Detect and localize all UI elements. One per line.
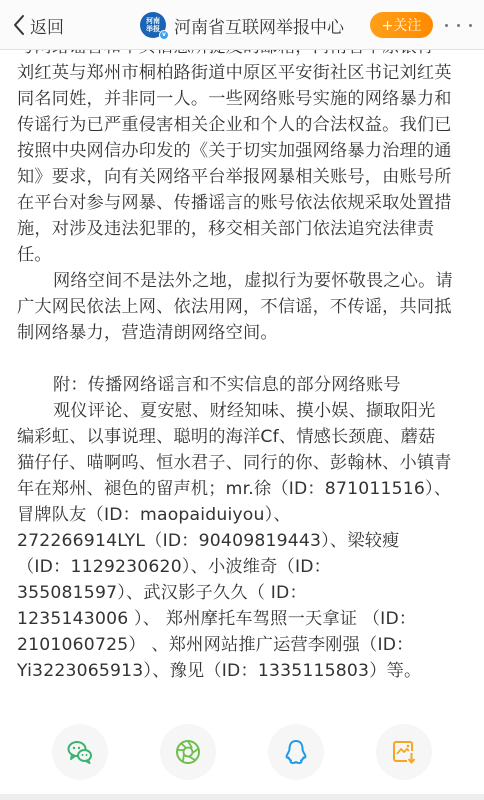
text-line: 传谣行为已严重侵害相关企业和个人的合法权益。我们已 xyxy=(17,112,472,138)
text-line: 制网络暴力，营造清朗网络空间。 xyxy=(17,320,472,346)
text-line: 观仪评论、夏安慰、财经知味、摸小娱、撷取阳光 xyxy=(17,398,472,424)
qq-icon xyxy=(282,738,310,766)
text-line: （ID：1129230620）、小波维奇（ID： xyxy=(17,554,472,580)
text-line: 在平台对参与网暴、传播谣言的账号依法依规采取处置措 xyxy=(17,190,472,216)
more-options-button[interactable] xyxy=(440,16,476,34)
share-qq-button[interactable] xyxy=(268,724,324,780)
article-body: 与网络谣言和不实信息所提及的邮箱，河南省中原银行 刘红英与郑州市桐柏路街道中原区… xyxy=(17,34,472,684)
page-title: 河南省互联网举报中心 xyxy=(174,13,344,38)
save-image-button[interactable] xyxy=(376,724,432,780)
share-wechat-button[interactable] xyxy=(52,724,108,780)
blank-line xyxy=(17,346,472,372)
dot-icon xyxy=(457,24,460,27)
text-line: 272266914LYL（ID：90409819443）、梁较瘦 xyxy=(17,528,472,554)
appendix-title: 附：传播网络谣言和不实信息的部分网络账号 xyxy=(17,372,472,398)
text-line: 年在郑州、褪色的留声机；mr.徐（ID：871011516）、 xyxy=(17,476,472,502)
text-line: 猫仔仔、喵啊呜、恒水君子、同行的你、彭翰林、小镇青 xyxy=(17,450,472,476)
text-line: 1235143006 ）、 郑州摩托车驾照一天拿证 （ID： xyxy=(17,606,472,632)
avatar-text: 河南 举报 xyxy=(146,17,160,33)
chevron-left-icon xyxy=(12,14,26,36)
dot-icon xyxy=(469,24,472,27)
text-line: 广大网民依法上网、依法用网，不信谣，不传谣，共同抵 xyxy=(17,294,472,320)
avatar[interactable]: 河南 举报 v xyxy=(140,12,166,38)
text-line: 355081597）、武汉影子久久（ ID： xyxy=(17,580,472,606)
text-line: 刘红英与郑州市桐柏路街道中原区平安街社区书记刘红英 xyxy=(17,60,472,86)
text-line: 2101060725） 、郑州网站推广运营李刚强（ID： xyxy=(17,632,472,658)
text-line: 同名同姓，并非同一人。一些网络账号实施的网络暴力和 xyxy=(17,86,472,112)
verified-badge-icon: v xyxy=(159,30,169,40)
bottom-divider xyxy=(0,794,484,800)
text-line: 冒牌队友（ID：maopaiduiyou）、 xyxy=(17,502,472,528)
wechat-icon xyxy=(66,738,94,766)
back-button[interactable]: 返回 xyxy=(12,11,64,39)
back-label: 返回 xyxy=(30,13,64,38)
text-line: 任。 xyxy=(17,242,472,268)
dot-icon xyxy=(445,24,448,27)
text-line: 施，对涉及违法犯罪的，移交相关部门依法追究法律责 xyxy=(17,216,472,242)
account-title[interactable]: 河南 举报 v 河南省互联网举报中心 xyxy=(140,9,344,41)
moments-icon xyxy=(174,738,202,766)
save-image-icon xyxy=(390,738,418,766)
text-line: 编彩虹、以事说理、聪明的海洋Cf、情感长颈鹿、蘑菇 xyxy=(17,424,472,450)
text-line: 知》要求，向有关网络平台举报网暴相关账号，由账号所 xyxy=(17,164,472,190)
text-line: 按照中央网信办印发的《关于切实加强网络暴力治理的通 xyxy=(17,138,472,164)
top-bar: 返回 河南 举报 v 河南省互联网举报中心 +关注 xyxy=(0,0,484,50)
text-line: 网络空间不是法外之地，虚拟行为要怀敬畏之心。请 xyxy=(17,268,472,294)
follow-button[interactable]: +关注 xyxy=(370,12,433,38)
share-moments-button[interactable] xyxy=(160,724,216,780)
share-bar xyxy=(0,722,484,784)
text-line: Yi3223065913）、豫见（ID：1335115803）等。 xyxy=(17,658,472,684)
